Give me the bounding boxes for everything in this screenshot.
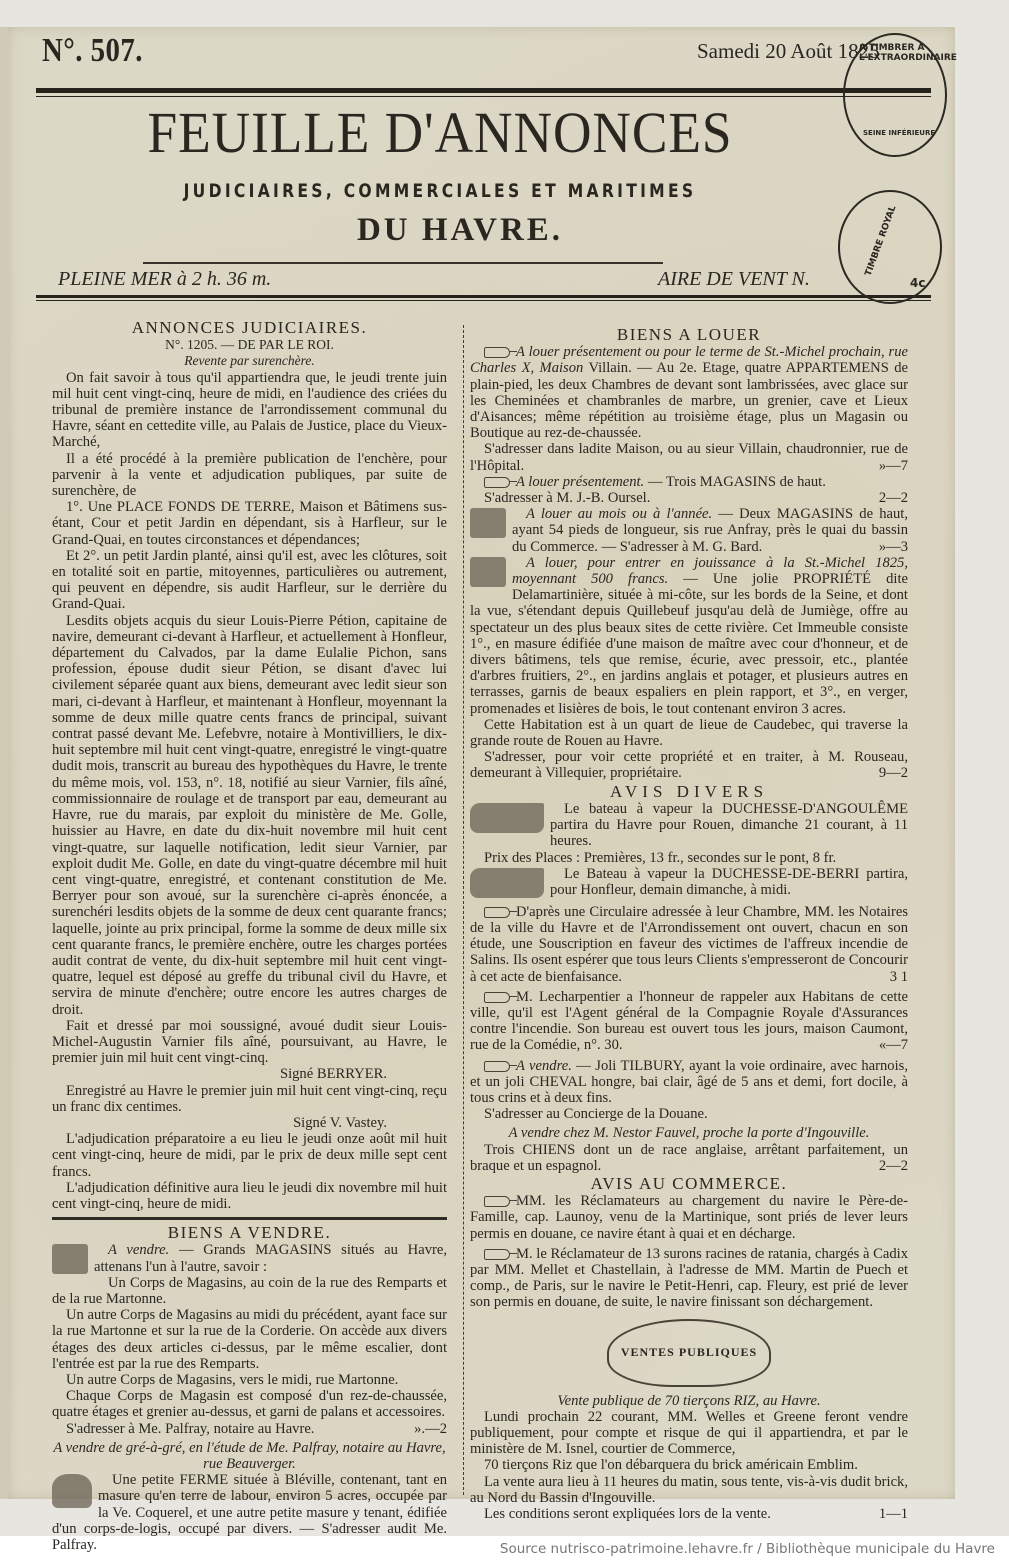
section-heading-rent: BIENS A LOUER [470,327,908,343]
farm-text: Une petite FERME située à Bléville, cont… [52,1472,447,1553]
right-column: BIENS A LOUER A louer présentement ou po… [470,325,908,1522]
pointing-hand-icon [484,1249,510,1260]
public-sales-banner-icon: VENTES PUBLIQUES [607,1319,771,1387]
section-rule [52,1217,447,1220]
dogs-heading: A vendre chez M. Nestor Fauvel, proche l… [470,1125,908,1141]
sale-item: Un autre Corps de Magasins au midi du pr… [52,1307,447,1372]
rent-tail: »—3 [865,539,908,555]
rent-contact: S'adresser, pour voir cette propriété et… [470,749,908,781]
royal-stamp-icon: TIMBRE ROYAL 4c [838,190,942,304]
newspaper-subtitle: JUDICIAIRES, COMMERCIALES ET MARITIMES [120,180,760,202]
masthead-rule-thin [36,96,931,97]
masthead-bottom-rule [36,295,931,298]
paragraph: Fait et dressé par moi soussigné, avoué … [52,1018,447,1067]
rice-paragraph: 70 tierçons Riz que l'on débarquera du b… [470,1457,908,1473]
notaries-notice: D'après une Circulaire adressée à leur C… [470,904,908,985]
rent-contact: S'adresser dans ladite Maison, ou au sie… [470,441,908,473]
paragraph: Il a été procédé à la première publicati… [52,451,447,500]
rent-tail: 9—2 [865,765,908,781]
pointing-hand-icon [484,907,510,918]
masthead-rule [36,88,931,93]
newspaper-title: FEUILLE D'ANNONCES [90,103,789,163]
notice-tail: 1—1 [865,1506,908,1522]
masthead-mid-rule [143,262,663,264]
rent-text: — Trois MAGASINS de haut. [648,474,826,490]
notice-tail: 3 1 [876,969,908,985]
farm-vignette-icon [52,1474,92,1508]
case-subtitle: Revente par surenchère. [52,353,447,369]
rice-heading: Vente publique de 70 tierçons RIZ, au Ha… [470,1393,908,1409]
sale-tail: ».—2 [400,1421,447,1437]
insurance-notice: M. Lecharpentier a l'honneur de rappeler… [470,989,908,1054]
farm-heading: A vendre de gré-à-gré, en l'étude de Me.… [52,1440,447,1472]
masthead-bottom-rule-thin [36,300,931,301]
source-caption: Source nutrisco-patrimoine.lehavre.fr / … [500,1541,995,1557]
issue-number: N°. 507. [42,32,143,70]
steamboat-vignette-icon [470,868,544,898]
banner-label: VENTES PUBLIQUES [621,1344,757,1360]
section-heading-misc: AVIS DIVERS [470,784,908,800]
newspaper-city: DU HAVRE. [250,212,670,249]
paragraph: On fait savoir à tous qu'il appartiendra… [52,370,447,451]
high-tide: PLEINE MER à 2 h. 36 m. [58,268,271,291]
stamp-value: 4c [910,276,925,290]
rice-paragraph: La vente aura lieu à 11 heures du matin,… [470,1474,908,1506]
sale-lead: A vendre. [108,1242,169,1258]
steamer-prices: Prix des Places : Premières, 13 fr., sec… [470,850,908,866]
pointing-hand-icon [484,1061,510,1072]
notice-tail: «—7 [865,1037,908,1053]
rice-paragraph: Les conditions seront expliquées lors de… [484,1506,771,1522]
signature: Signé BERRYER. [52,1066,447,1082]
sale-item: Un Corps de Magasins, au coin de la rue … [52,1275,447,1307]
stamp-subtext: SEINE INFÉRIEURE [863,129,935,137]
house-vignette-icon [470,508,506,538]
pointing-hand-icon [484,347,510,358]
pointing-hand-icon [484,477,510,488]
house-vignette-icon [52,1244,88,1274]
wind-direction: AIRE DE VENT N. [658,268,810,291]
commerce-notice: M. le Réclamateur de 13 surons racines d… [470,1246,908,1311]
signature: Signé V. Vastey. [52,1115,447,1131]
rent-contact: S'adresser à M. J.-B. Oursel. [484,490,650,506]
paragraph: Et 2°. un petit Jardin planté, ainsi qu'… [52,548,447,613]
rent-lead: A louer présentement. [516,474,644,490]
rent-text: — Une jolie PROPRIÉTÉ dite Delamartinièr… [470,571,908,717]
section-heading-commerce: AVIS AU COMMERCE. [470,1176,908,1192]
rent-lead: A louer au mois ou à l'année. [526,506,712,522]
paragraph: L'adjudication préparatoire a eu lieu le… [52,1131,447,1180]
rent-tail: 2—2 [865,490,908,506]
rice-paragraph: Lundi prochain 22 courant, MM. Welles et… [470,1409,908,1458]
paragraph: L'adjudication définitive aura lieu le j… [52,1180,447,1212]
paragraph: Lesdits objets acquis du sieur Louis-Pie… [52,613,447,1018]
notice-tail: 2—2 [865,1158,908,1174]
extraordinary-stamp-icon: A TIMBRER A L'EXTRAORDINAIRE SEINE INFÉR… [843,33,947,157]
registration: Enregistré au Havre le premier juin mil … [52,1083,447,1115]
dogs-notice: Trois CHIENS dont un de race anglaise, a… [470,1142,908,1174]
rent-extra: Cette Habitation est à un quart de lieue… [470,717,908,749]
sale-item: Un autre Corps de Magasins, vers le midi… [52,1372,447,1388]
case-number: N°. 1205. — DE PAR LE ROI. [52,337,447,353]
house-vignette-icon [470,557,506,587]
pointing-hand-icon [484,992,510,1003]
tilbury-contact: S'adresser au Concierge de la Douane. [470,1106,908,1122]
paragraph: 1°. Une PLACE FONDS DE TERRE, Maison et … [52,499,447,548]
section-heading-sale: BIENS A VENDRE. [52,1225,447,1241]
section-heading-judicial: ANNONCES JUDICIAIRES. [52,320,447,336]
stamp-text: A TIMBRER A L'EXTRAORDINAIRE [859,43,957,63]
rent-tail: »—7 [865,458,908,474]
sale-item: Chaque Corps de Magasin est composé d'un… [52,1388,447,1420]
column-divider [463,325,464,1495]
tilbury-lead: A vendre. [516,1058,572,1074]
commerce-notice: MM. les Réclamateurs au chargement du na… [470,1193,908,1241]
left-column: ANNONCES JUDICIAIRES. N°. 1205. — DE PAR… [52,318,447,1553]
pointing-hand-icon [484,1196,510,1207]
steamboat-vignette-icon [470,803,544,833]
sale-contact: S'adresser à Me. Palfray, notaire au Hav… [66,1421,314,1437]
stamp-text: TIMBRE ROYAL [864,204,899,277]
